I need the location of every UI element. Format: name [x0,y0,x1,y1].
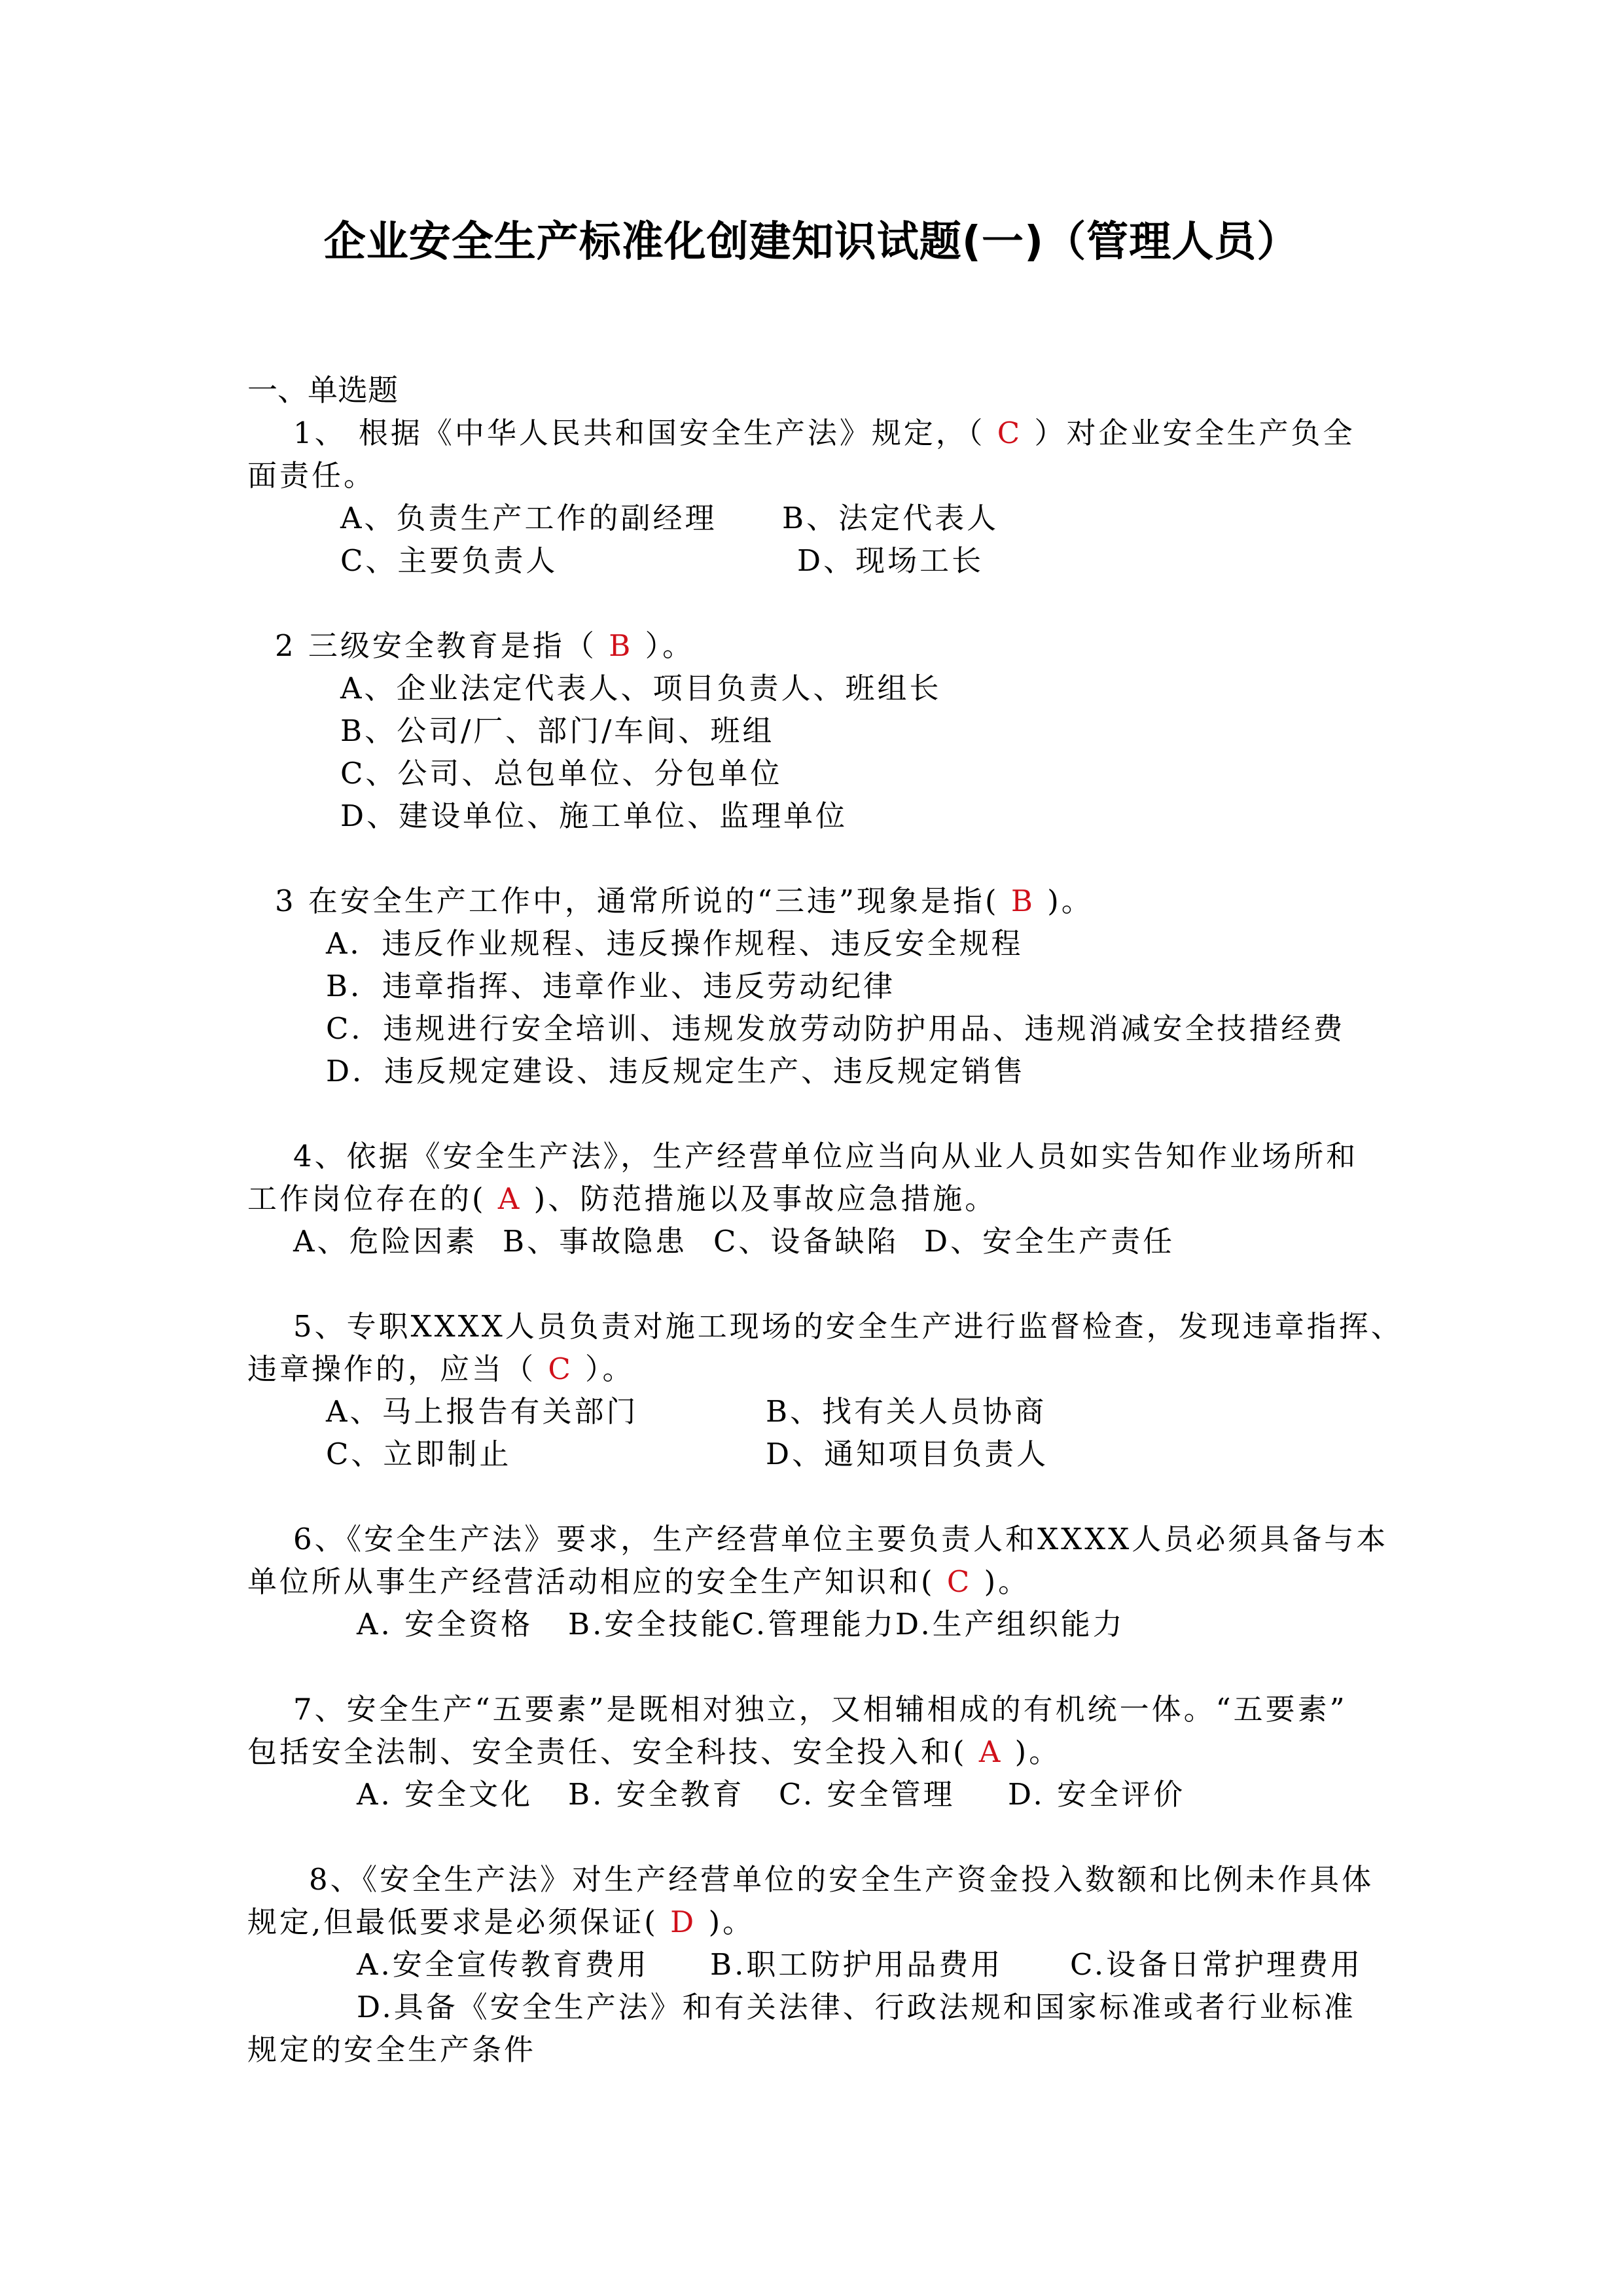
question-5-line-2: 违章操作的，应当（ C ）。 [247,1345,635,1388]
option-3d: D．违反规定建设、违反规定生产、违反规定销售 [326,1047,1026,1090]
option-2a: A、企业法定代表人、项目负责人、班组长 [340,664,942,707]
question-2-line-1: 2 三级安全教育是指（ B ）。 [275,622,694,664]
question-8-line-1: 8、《安全生产法》对生产经营单位的安全生产资金投入数额和比例未作具体 [309,1856,1374,1898]
answer-q5: C [548,1352,573,1386]
option-4d: D、安全生产责任 [924,1217,1175,1260]
question-4-line-2: 工作岗位存在的( A )、防范措施以及事故应急措施。 [247,1175,997,1217]
option-1b: B、法定代表人 [782,494,999,537]
option-1a: A、负责生产工作的副经理 [340,494,717,537]
option-1c: C、主要负责人 [340,537,558,579]
option-8d-continued: 规定的安全生产条件 [247,2026,536,2068]
answer-q6: C [947,1564,972,1599]
option-2d: D、建设单位、施工单位、监理单位 [340,792,847,834]
option-5c: C、立即制止 [326,1430,511,1473]
answer-q2: B [609,628,633,663]
option-5d: D、通知项目负责人 [766,1430,1048,1473]
answer-q7: A [979,1734,1003,1769]
answer-q3: B [1011,884,1035,918]
question-8-line-2: 规定,但最低要求是必须保证( D )。 [247,1898,755,1941]
question-7-line-2: 包括安全法制、安全责任、安全科技、安全投入和( A )。 [247,1728,1061,1770]
question-6-line-1: 6、《安全生产法》要求，生产经营单位主要负责人和XXXX人员必须具备与本 [293,1515,1388,1558]
question-6-line-2: 单位所从事生产经营活动相应的安全生产知识和( C )。 [247,1558,1030,1600]
answer-q4: A [498,1181,522,1216]
option-6a: A. 安全资格 [357,1600,533,1643]
section-heading: 一、单选题 [247,367,398,410]
option-3a: A．违反作业规程、违反操作规程、违反安全规程 [326,920,1024,962]
option-6c: C.管理能力 [732,1600,896,1643]
question-7-line-1: 7、安全生产“五要素”是既相对独立，又相辅相成的有机统一体。“五要素” [293,1685,1347,1728]
option-8c: C.设备日常护理费用 [1070,1941,1363,1983]
option-4b: B、事故隐患 [503,1217,687,1260]
option-4c: C、设备缺陷 [713,1217,899,1260]
question-5-line-1: 5、专职XXXX人员负责对施工现场的安全生产进行监督检查，发现违章指挥、 [293,1302,1403,1345]
option-8a: A.安全宣传教育费用 [357,1941,649,1983]
option-7c: C. 安全管理 [779,1770,955,1813]
answer-q1: C [997,416,1022,450]
document-title: 企业安全生产标准化创建知识试题(一)（管理人员） [0,208,1623,268]
option-8d: D.具备《安全生产法》和有关法律、行政法规和国家标准或者行业标准 [357,1983,1356,2026]
question-4-line-1: 4、依据《安全生产法》，生产经营单位应当向从业人员如实告知作业场所和 [293,1132,1358,1175]
option-3c: C．违规进行安全培训、违规发放劳动防护用品、违规消减安全技措经费 [326,1005,1345,1047]
option-7b: B. 安全教育 [568,1770,745,1813]
answer-q8: D [670,1905,696,1939]
question-1-line-2: 面责任。 [247,452,376,494]
question-1-line-1: 1、 根据《中华人民共和国安全生产法》规定，（ C ）对企业安全生产负全 [293,409,1355,452]
option-8b: B.职工防护用品费用 [710,1941,1003,1983]
option-3b: B．违章指挥、违章作业、违反劳动纪律 [326,962,895,1005]
option-2b: B、公司/厂、部门/车间、班组 [340,707,774,749]
option-1d: D、现场工长 [797,537,984,579]
option-7a: A. 安全文化 [357,1770,533,1813]
option-6b: B.安全技能 [568,1600,732,1643]
option-7d: D. 安全评价 [1008,1770,1185,1813]
question-3-line-1: 3 在安全生产工作中，通常所说的“三违”现象是指( B )。 [275,877,1094,920]
option-4a: A、危险因素 [293,1217,478,1260]
option-5a: A、马上报告有关部门 [326,1388,639,1430]
option-2c: C、公司、总包单位、分包单位 [340,749,782,792]
option-5b: B、找有关人员协商 [766,1388,1046,1430]
option-6d: D.生产组织能力 [895,1600,1125,1643]
